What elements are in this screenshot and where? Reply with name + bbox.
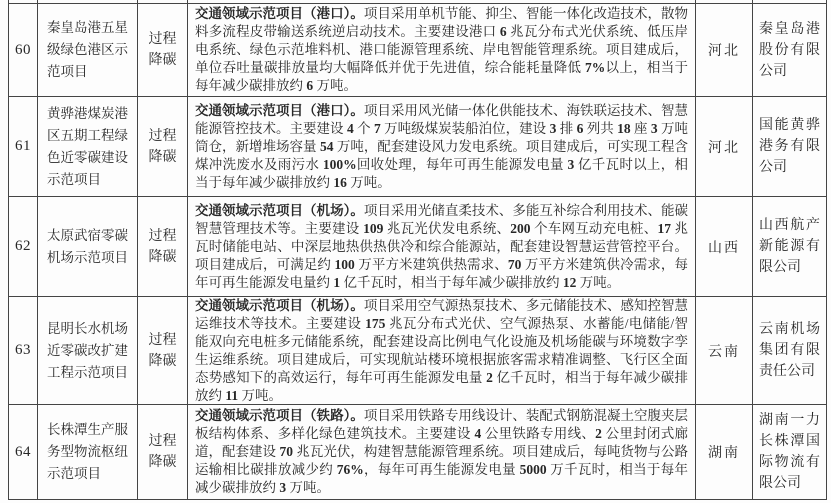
- row-number: 60: [15, 42, 31, 59]
- project-name: 昆明长水机场近零碳改扩建工程示范项目: [47, 318, 128, 384]
- projects-table: 60 秦皇岛港五星级绿色港区示范项目 过程降碳 交通领域示范项目（港口）。项目采…: [8, 0, 827, 500]
- province: 山西: [708, 237, 740, 257]
- project-name-cell: 太原武宿零碳机场示范项目: [37, 196, 137, 296]
- row-number-cell: 60: [8, 3, 37, 96]
- company-name: 秦皇岛港股份有限公司: [759, 19, 820, 82]
- description-body: 项目采用空气源热泵技术、多元储能技术、感知控智慧运维技术等技术。主要建设 175…: [195, 298, 688, 403]
- company-name: 国能黄骅港务有限公司: [759, 115, 820, 178]
- row-number-cell: 61: [8, 96, 37, 196]
- project-name: 黄骅港煤炭港区五期工程绿色近零碳建设示范项目: [47, 103, 128, 191]
- company-name: 湖南一力长株潭国际物流有限公司: [759, 410, 820, 494]
- description-lead: 交通领域示范项目（港口）。: [195, 6, 364, 21]
- province: 河北: [708, 40, 740, 60]
- description-lead: 交通领域示范项目（港口）。: [195, 103, 364, 118]
- project-description: 交通领域示范项目（机场）。项目采用光储直柔技术、多能互补综合利用技术、能碳智慧管…: [195, 202, 688, 292]
- project-description: 交通领域示范项目（机场）。项目采用空气源热泵技术、多元储能技术、感知控智慧运维技…: [195, 297, 688, 405]
- carbon-type-cell: 过程降碳: [137, 96, 187, 196]
- company-cell: 湖南一力长株潭国际物流有限公司: [752, 404, 827, 500]
- carbon-type: 过程降碳: [149, 226, 177, 268]
- project-description-cell: 交通领域示范项目（机场）。项目采用空气源热泵技术、多元储能技术、感知控智慧运维技…: [187, 296, 695, 404]
- project-name: 太原武宿零碳机场示范项目: [47, 225, 128, 269]
- description-lead: 交通领域示范项目（机场）。: [195, 298, 364, 313]
- carbon-type-cell: 过程降碳: [137, 3, 187, 96]
- carbon-type: 过程降碳: [149, 29, 177, 71]
- carbon-type-cell: 过程降碳: [137, 196, 187, 296]
- carbon-type: 过程降碳: [149, 330, 177, 372]
- project-name-cell: 昆明长水机场近零碳改扩建工程示范项目: [37, 296, 137, 404]
- project-description: 交通领域示范项目（港口）。项目采用风光储一体化供能技术、海铁联运技术、智慧能源管…: [195, 102, 688, 192]
- carbon-type-cell: 过程降碳: [137, 404, 187, 500]
- project-name: 秦皇岛港五星级绿色港区示范项目: [47, 17, 128, 83]
- project-description-cell: 交通领域示范项目（铁路）。项目采用铁路专用线设计、装配式钢筋混凝土空腹夹层板结构…: [187, 404, 695, 500]
- company-cell: 云南机场集团有限责任公司: [752, 296, 827, 404]
- row-number: 62: [15, 238, 31, 255]
- project-description-cell: 交通领域示范项目（机场）。项目采用光储直柔技术、多能互补综合利用技术、能碳智慧管…: [187, 196, 695, 296]
- project-name-cell: 长株潭生产服务型物流枢纽示范项目: [37, 404, 137, 500]
- province-cell: 山西: [695, 196, 752, 296]
- province-cell: 河北: [695, 96, 752, 196]
- row-number: 61: [15, 138, 31, 155]
- province: 湖南: [708, 442, 740, 462]
- project-description-cell: 交通领域示范项目（港口）。项目采用风光储一体化供能技术、海铁联运技术、智慧能源管…: [187, 96, 695, 196]
- carbon-type: 过程降碳: [149, 126, 177, 168]
- company-name: 山西航产新能源有限公司: [759, 215, 820, 278]
- row-number: 63: [15, 342, 31, 359]
- scanned-table-page: 60 秦皇岛港五星级绿色港区示范项目 过程降碳 交通领域示范项目（港口）。项目采…: [0, 0, 831, 503]
- project-name-cell: 黄骅港煤炭港区五期工程绿色近零碳建设示范项目: [37, 96, 137, 196]
- row-number-cell: 62: [8, 196, 37, 296]
- company-name: 云南机场集团有限责任公司: [759, 319, 820, 382]
- project-name: 长株潭生产服务型物流枢纽示范项目: [47, 419, 128, 485]
- project-name-cell: 秦皇岛港五星级绿色港区示范项目: [37, 3, 137, 96]
- carbon-type-cell: 过程降碳: [137, 296, 187, 404]
- province: 河北: [708, 137, 740, 157]
- row-number: 64: [15, 444, 31, 461]
- company-cell: 国能黄骅港务有限公司: [752, 96, 827, 196]
- project-description: 交通领域示范项目（港口）。项目采用单机节能、抑尘、智能一体化改造技术，散物料多流…: [195, 5, 688, 95]
- carbon-type: 过程降碳: [149, 431, 177, 473]
- company-cell: 山西航产新能源有限公司: [752, 196, 827, 296]
- project-description: 交通领域示范项目（铁路）。项目采用铁路专用线设计、装配式钢筋混凝土空腹夹层板结构…: [195, 407, 688, 497]
- description-lead: 交通领域示范项目（铁路）。: [195, 408, 364, 423]
- province-cell: 云南: [695, 296, 752, 404]
- project-description-cell: 交通领域示范项目（港口）。项目采用单机节能、抑尘、智能一体化改造技术，散物料多流…: [187, 3, 695, 96]
- province-cell: 河北: [695, 3, 752, 96]
- province: 云南: [708, 341, 740, 361]
- row-number-cell: 64: [8, 404, 37, 500]
- company-cell: 秦皇岛港股份有限公司: [752, 3, 827, 96]
- province-cell: 湖南: [695, 404, 752, 500]
- row-number-cell: 63: [8, 296, 37, 404]
- description-lead: 交通领域示范项目（机场）。: [195, 203, 364, 218]
